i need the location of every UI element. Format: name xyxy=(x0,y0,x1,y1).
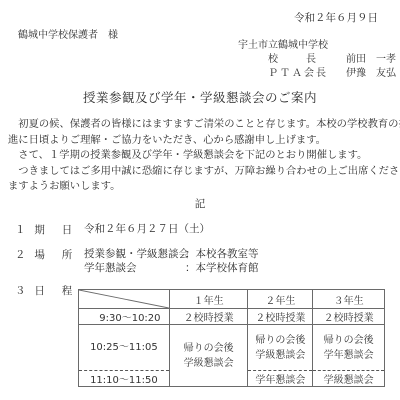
body-line: つきましてはご多用中誠に恐縮に存じますが、万障お繰り合わせの上ご出席ください xyxy=(8,164,390,180)
body-line: 初夏の候、保護者の皆様にはますますご清栄のことと存じます。本校の学校教育の推 xyxy=(8,117,390,133)
principal-role: 校 長 xyxy=(268,53,316,67)
sender-school: 宇土市立鶴城中学校 xyxy=(238,39,396,53)
table-header-row: １年生 ２年生 ３年生 xyxy=(79,290,385,309)
principal-row: 校 長 前田 一孝 xyxy=(238,53,396,67)
item-place-value: 授業参観・学級懇談会 ：本校各教室等 学年懇談会 ：本学校体育館 xyxy=(84,247,259,275)
place-row: 学年懇談会 ：本学校体育館 xyxy=(84,261,259,275)
schedule-cell: 帰りの会後 学年懇談会 xyxy=(313,325,385,371)
addressee: 鶴城中学校保護者 様 xyxy=(18,26,118,41)
schedule-table: １年生 ２年生 ３年生 9:30～10:20 ２校時授業 ２校時授業 ２校時授業… xyxy=(78,289,385,387)
body-text: 初夏の候、保護者の皆様にはますますご清栄のことと存じます。本校の学校教育の推 進… xyxy=(8,117,390,195)
schedule-cell: 帰りの会後 学級懇談会 xyxy=(169,325,248,387)
place-row: 授業参観・学級懇談会 ：本校各教室等 xyxy=(84,247,259,261)
item-place-label: ２ 場 所 xyxy=(15,247,72,262)
item-date-label: １ 期 日 xyxy=(15,222,72,237)
diagonal-corner-cell xyxy=(79,290,170,309)
pta-row: ＰＴＡ会長 伊豫 友弘 xyxy=(238,67,396,81)
schedule-cell: 帰りの会後 学級懇談会 xyxy=(248,325,313,371)
time-cell: 10:25～11:05 xyxy=(79,325,170,371)
table-row: 10:25～11:05 帰りの会後 学級懇談会 帰りの会後 学級懇談会 帰りの会… xyxy=(79,325,385,371)
sender-block: 宇土市立鶴城中学校 校 長 前田 一孝 ＰＴＡ会長 伊豫 友弘 xyxy=(238,39,396,81)
pta-role: ＰＴＡ会長 xyxy=(268,67,346,81)
time-cell: 11:10～11:50 xyxy=(79,371,170,387)
principal-name: 前田 一孝 xyxy=(346,53,396,67)
column-header: ３年生 xyxy=(313,290,385,309)
schedule-cell: 学年懇談会 xyxy=(248,371,313,387)
schedule-cell: 学級懇談会 xyxy=(313,371,385,387)
item-schedule-label: ３ 日 程 xyxy=(15,283,72,298)
ki-heading: 記 xyxy=(0,196,400,211)
time-cell: 9:30～10:20 xyxy=(79,309,170,325)
schedule-cell: ２校時授業 xyxy=(313,309,385,325)
schedule-cell: ２校時授業 xyxy=(248,309,313,325)
schedule-cell: ２校時授業 xyxy=(169,309,248,325)
document-date: 令和２年６月９日 xyxy=(294,10,378,25)
pta-name: 伊豫 友弘 xyxy=(346,67,396,81)
document-title: 授業参観及び学年・学級懇談会のご案内 xyxy=(0,88,400,106)
column-header: ２年生 xyxy=(248,290,313,309)
body-line: 進に日頃よりご理解・ご協力をいただき、心から感謝申し上げます。 xyxy=(8,133,390,149)
item-date-value: 令和２年６月２７日（土） xyxy=(84,222,210,236)
column-header: １年生 xyxy=(169,290,248,309)
body-line: ますようお願いします。 xyxy=(8,179,390,195)
diagonal-line-icon xyxy=(79,290,169,308)
table-row: 9:30～10:20 ２校時授業 ２校時授業 ２校時授業 xyxy=(79,309,385,325)
body-line: さて、１学期の授業参観及び学年・学級懇談会を下記のとおり開催します。 xyxy=(8,148,390,164)
